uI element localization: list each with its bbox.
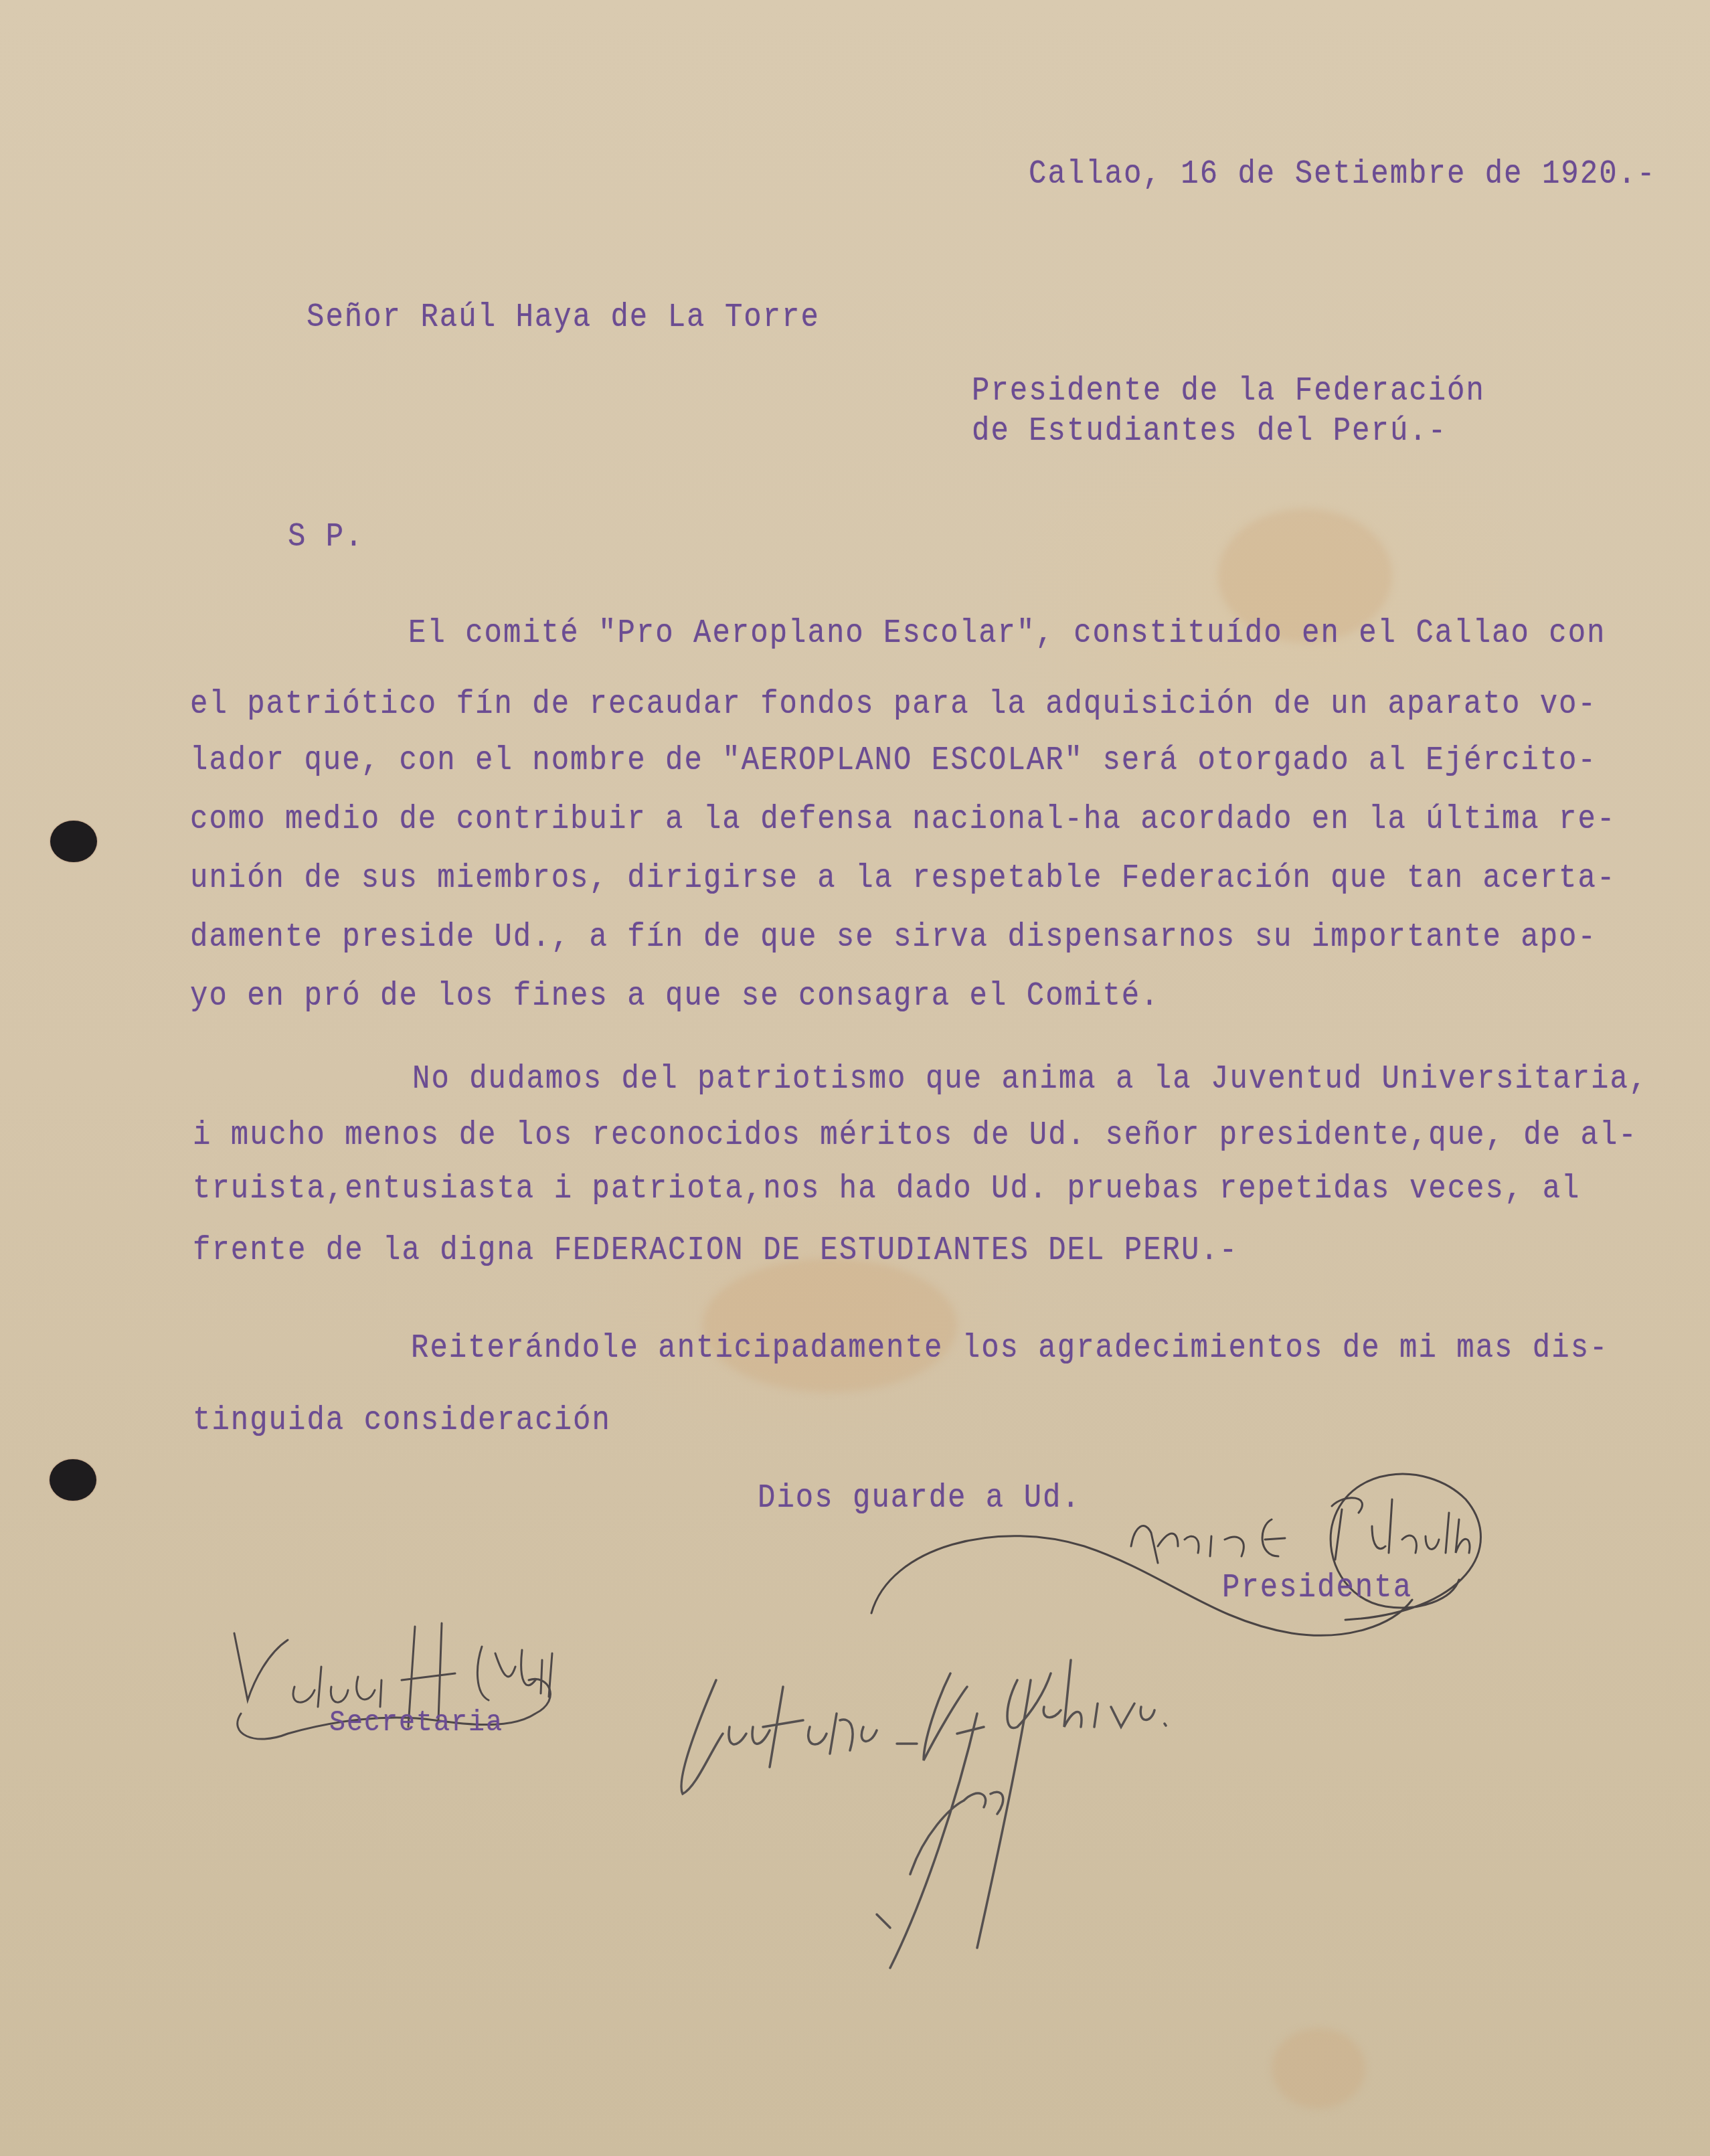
punch-hole bbox=[50, 821, 97, 862]
body-line: lador que, con el nombre de "AEROPLANO E… bbox=[190, 742, 1597, 780]
body-line: el patriótico fín de recaudar fondos par… bbox=[190, 685, 1597, 724]
body-line: i mucho menos de los reconocidos méritos… bbox=[193, 1116, 1638, 1155]
body-line: como medio de contribuir a la defensa na… bbox=[190, 801, 1616, 839]
paper-stain bbox=[703, 1258, 957, 1392]
recipient-title-line-1: Presidente de la Federación bbox=[972, 372, 1485, 411]
body-line: truista,entusiasta i patriota,nos ha dad… bbox=[193, 1170, 1581, 1209]
annotation-scribble bbox=[669, 1633, 1339, 1981]
salutation: S P. bbox=[288, 518, 364, 557]
president-signature bbox=[863, 1446, 1559, 1647]
handwritten-annotation bbox=[669, 1633, 1339, 1981]
body-line: damente preside Ud., a fín de que se sir… bbox=[190, 918, 1597, 957]
letter-page: Callao, 16 de Setiembre de 1920.- Señor … bbox=[0, 0, 1710, 2156]
punch-hole bbox=[50, 1459, 96, 1501]
recipient-title-line-2: de Estudiantes del Perú.- bbox=[972, 412, 1447, 451]
body-line: frente de la digna FEDERACION DE ESTUDIA… bbox=[193, 1232, 1238, 1270]
secretary-role: Secretaria bbox=[329, 1704, 503, 1743]
president-signature-scribble bbox=[863, 1446, 1559, 1647]
body-line: yo en pró de los fines a que se consagra… bbox=[190, 977, 1160, 1016]
body-line: tinguida consideración bbox=[193, 1402, 611, 1440]
president-role: Presidenta bbox=[1222, 1569, 1412, 1608]
body-line: unión de sus miembros, dirigirse a la re… bbox=[190, 859, 1616, 898]
paper-stain bbox=[1272, 2028, 1365, 2108]
body-line: Reiterándole anticipadamente los agradec… bbox=[411, 1329, 1608, 1368]
body-line: El comité "Pro Aeroplano Escolar", const… bbox=[408, 614, 1606, 653]
body-line: No dudamos del patriotismo que anima a l… bbox=[412, 1060, 1648, 1099]
place-date: Callao, 16 de Setiembre de 1920.- bbox=[1029, 155, 1656, 194]
recipient-name: Señor Raúl Haya de La Torre bbox=[307, 299, 820, 337]
